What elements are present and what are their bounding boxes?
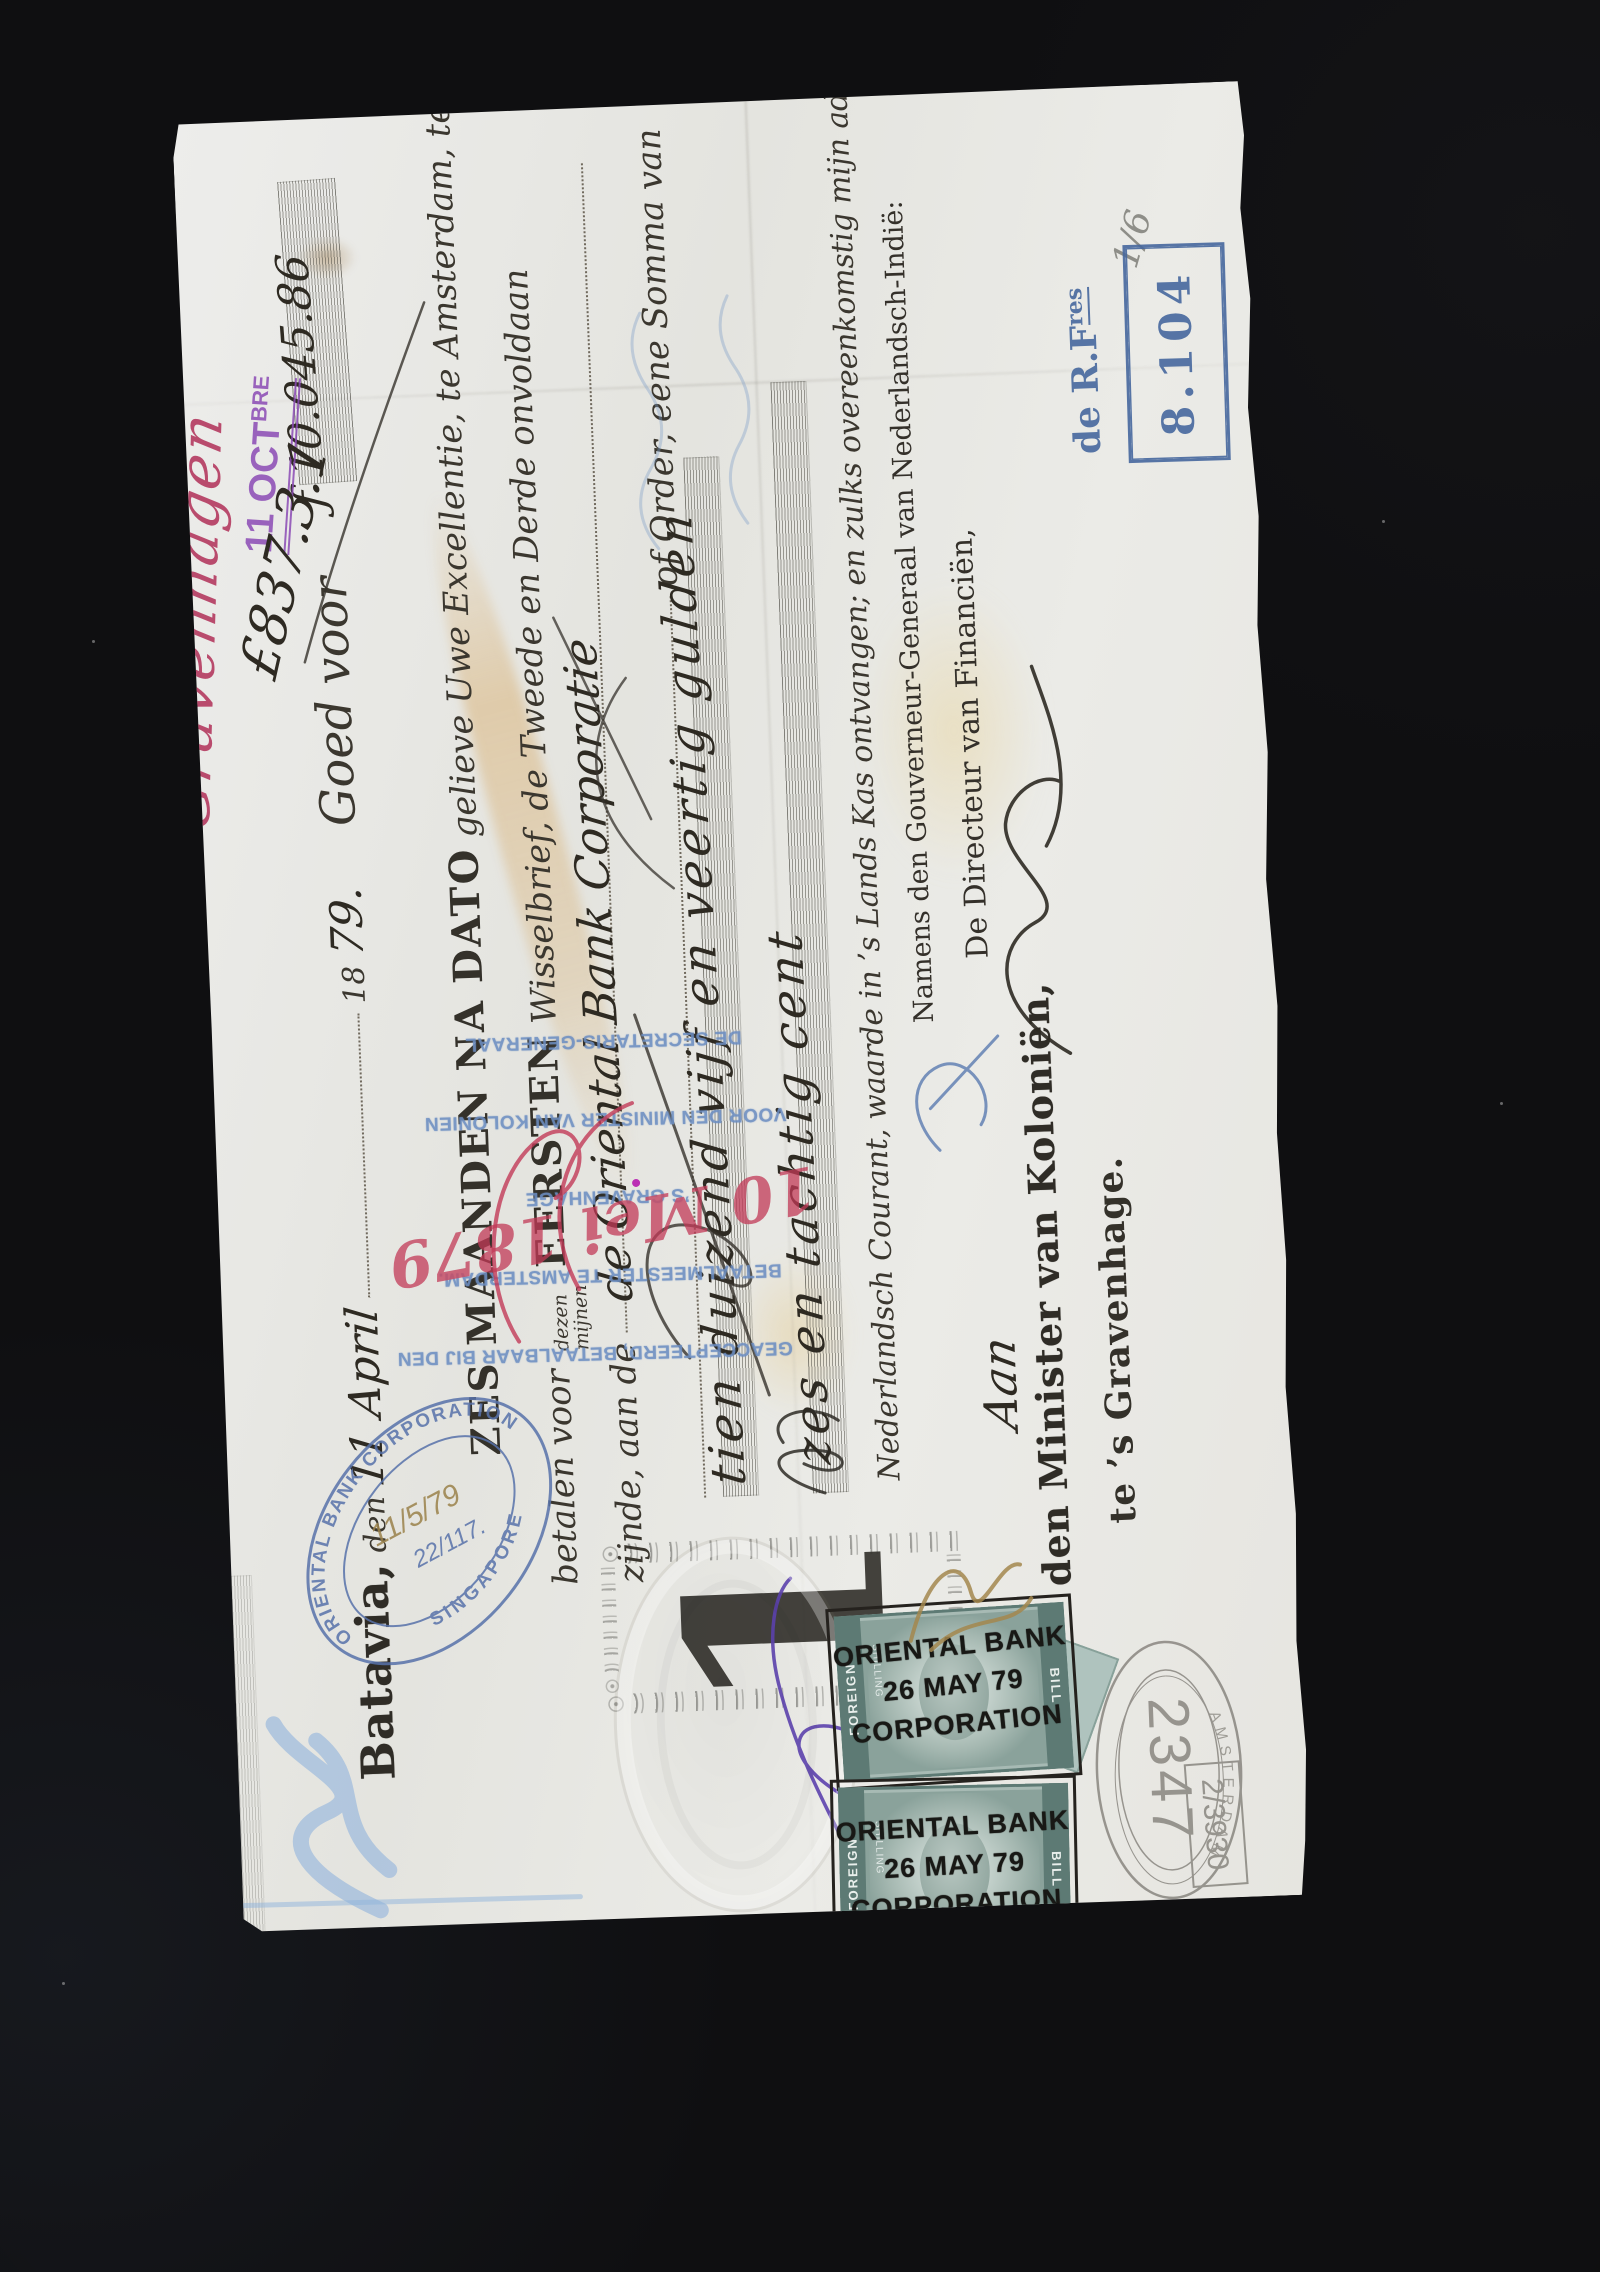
dust-speck xyxy=(92,640,95,643)
red-flourish xyxy=(488,1103,641,1342)
dust-speck xyxy=(1382,520,1385,523)
gold-ink-squiggle xyxy=(908,1564,1033,1651)
dust-speck xyxy=(1500,1102,1503,1105)
document-sheet: Batavia, den 11 April 18 79. Goed voor ƒ… xyxy=(172,81,1316,1936)
photographed-bill-of-exchange: Batavia, den 11 April 18 79. Goed voor ƒ… xyxy=(0,0,1600,2272)
dust-speck xyxy=(62,1982,65,1985)
stamp-orientation-scribbles xyxy=(172,81,1316,1936)
